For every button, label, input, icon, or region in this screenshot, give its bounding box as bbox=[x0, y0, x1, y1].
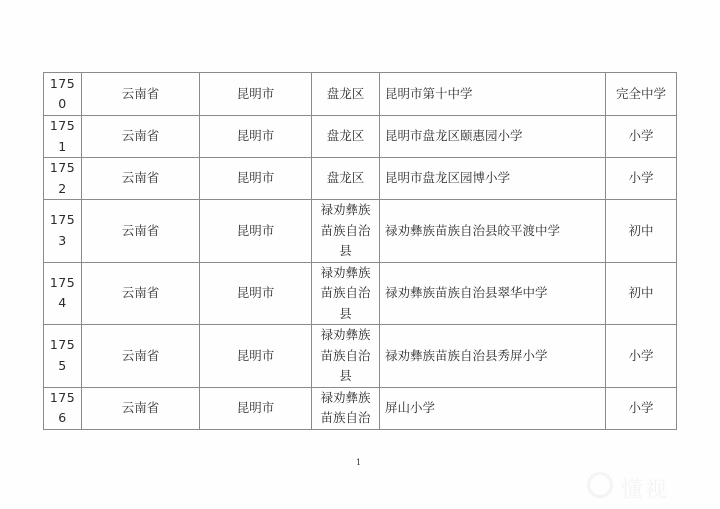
cell-city: 昆明市 bbox=[200, 200, 312, 263]
cell-province: 云南省 bbox=[82, 262, 200, 325]
cell-school-name: 昆明市盘龙区颐惠园小学 bbox=[380, 116, 606, 158]
cell-district: 禄劝彝族苗族自治县 bbox=[312, 325, 380, 388]
table-row: 1756 云南省 昆明市 禄劝彝族苗族自治 屏山小学 小学 bbox=[44, 387, 677, 429]
table-row: 1753 云南省 昆明市 禄劝彝族苗族自治县 禄劝彝族苗族自治县皎平渡中学 初中 bbox=[44, 200, 677, 263]
cell-district: 禄劝彝族苗族自治县 bbox=[312, 262, 380, 325]
cell-city: 昆明市 bbox=[200, 262, 312, 325]
table-row: 1750 云南省 昆明市 盘龙区 昆明市第十中学 完全中学 bbox=[44, 73, 677, 116]
cell-district: 禄劝彝族苗族自治 bbox=[312, 387, 380, 429]
cell-city: 昆明市 bbox=[200, 116, 312, 158]
cell-city: 昆明市 bbox=[200, 73, 312, 116]
cell-province: 云南省 bbox=[82, 158, 200, 200]
cell-province: 云南省 bbox=[82, 73, 200, 116]
page-number: 1 bbox=[356, 458, 361, 467]
table-row: 1754 云南省 昆明市 禄劝彝族苗族自治县 禄劝彝族苗族自治县翠华中学 初中 bbox=[44, 262, 677, 325]
cell-school-type: 初中 bbox=[606, 200, 677, 263]
cell-district: 盘龙区 bbox=[312, 116, 380, 158]
cell-province: 云南省 bbox=[82, 200, 200, 263]
cell-province: 云南省 bbox=[82, 387, 200, 429]
cell-school-name: 禄劝彝族苗族自治县翠华中学 bbox=[380, 262, 606, 325]
cell-school-name: 禄劝彝族苗族自治县皎平渡中学 bbox=[380, 200, 606, 263]
cell-school-name: 昆明市第十中学 bbox=[380, 73, 606, 116]
school-list-table: 1750 云南省 昆明市 盘龙区 昆明市第十中学 完全中学 1751 云南省 昆… bbox=[43, 72, 677, 430]
cell-number: 1752 bbox=[44, 158, 82, 200]
cell-province: 云南省 bbox=[82, 116, 200, 158]
cell-province: 云南省 bbox=[82, 325, 200, 388]
cell-district: 盘龙区 bbox=[312, 158, 380, 200]
cell-number: 1754 bbox=[44, 262, 82, 325]
cell-number: 1751 bbox=[44, 116, 82, 158]
cell-school-type: 小学 bbox=[606, 158, 677, 200]
cell-school-name: 昆明市盘龙区园博小学 bbox=[380, 158, 606, 200]
cell-district: 禄劝彝族苗族自治县 bbox=[312, 200, 380, 263]
document-page: 1750 云南省 昆明市 盘龙区 昆明市第十中学 完全中学 1751 云南省 昆… bbox=[0, 0, 720, 509]
cell-district: 盘龙区 bbox=[312, 73, 380, 116]
cell-city: 昆明市 bbox=[200, 325, 312, 388]
table-row: 1755 云南省 昆明市 禄劝彝族苗族自治县 禄劝彝族苗族自治县秀屏小学 小学 bbox=[44, 325, 677, 388]
cell-school-type: 初中 bbox=[606, 262, 677, 325]
cell-number: 1755 bbox=[44, 325, 82, 388]
watermark-text: 懂视 bbox=[621, 473, 669, 504]
cell-city: 昆明市 bbox=[200, 387, 312, 429]
table-row: 1751 云南省 昆明市 盘龙区 昆明市盘龙区颐惠园小学 小学 bbox=[44, 116, 677, 158]
cell-school-type: 小学 bbox=[606, 116, 677, 158]
cell-number: 1750 bbox=[44, 73, 82, 116]
cell-school-type: 完全中学 bbox=[606, 73, 677, 116]
cell-number: 1756 bbox=[44, 387, 82, 429]
cell-school-name: 屏山小学 bbox=[380, 387, 606, 429]
table-row: 1752 云南省 昆明市 盘龙区 昆明市盘龙区园博小学 小学 bbox=[44, 158, 677, 200]
cell-school-type: 小学 bbox=[606, 387, 677, 429]
watermark: 懂视 bbox=[585, 470, 715, 502]
cell-city: 昆明市 bbox=[200, 158, 312, 200]
cell-number: 1753 bbox=[44, 200, 82, 263]
cell-school-type: 小学 bbox=[606, 325, 677, 388]
cell-school-name: 禄劝彝族苗族自治县秀屏小学 bbox=[380, 325, 606, 388]
logo-circle-icon bbox=[587, 472, 613, 498]
